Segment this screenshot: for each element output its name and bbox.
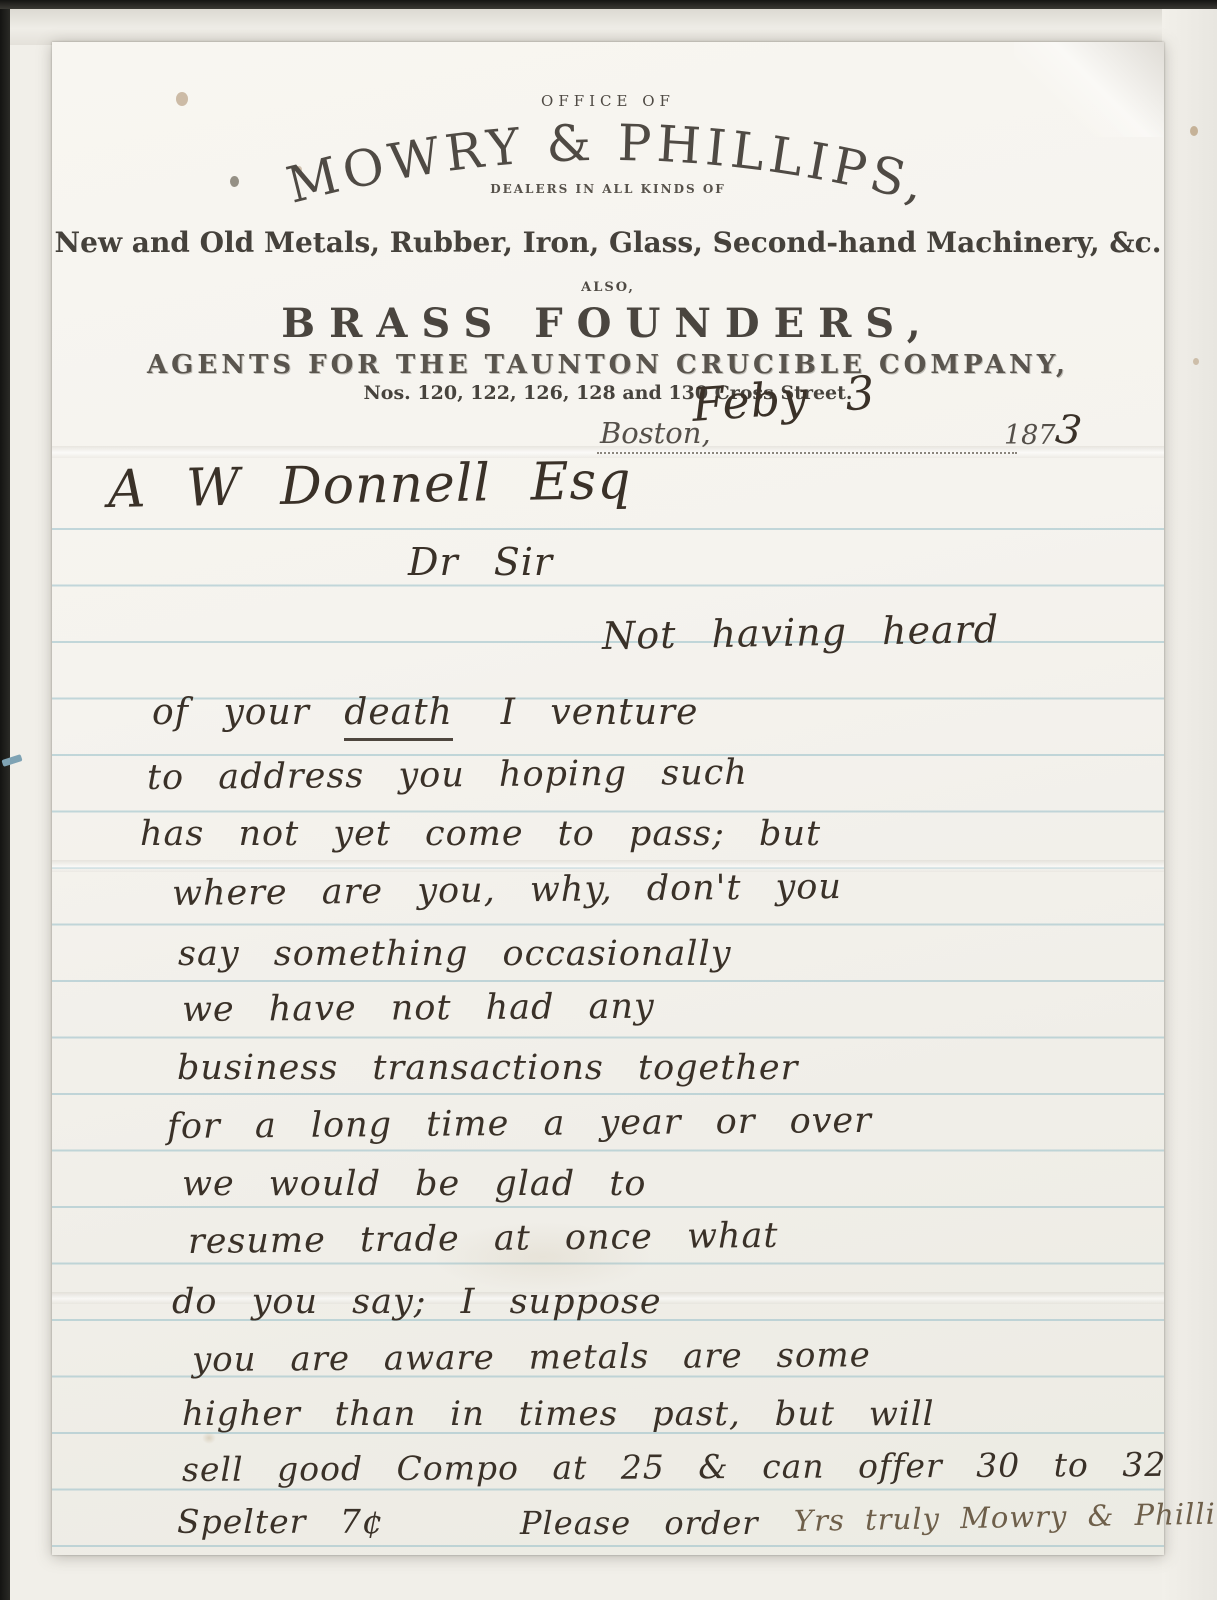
company-name: MOWRY & PHILLIPS, (281, 114, 936, 215)
signature: Yrs truly Mowry & Phillips (794, 1496, 1217, 1538)
scanned-letter: OFFICE OF MOWRY & PHILLIPS, DEALERS IN A… (0, 0, 1217, 1600)
handwriting-line-death: of your deathI venture (152, 692, 698, 733)
handwriting-line: we would be glad to (182, 1164, 646, 1204)
handwriting-line: say something occasionally (178, 934, 731, 974)
brass-founders-label: BRASS FOUNDERS, (52, 300, 1164, 347)
agents-label: AGENTS FOR THE TAUNTON CRUCIBLE COMPANY, (52, 350, 1164, 380)
handwriting-line: where are you, why, don't you (172, 867, 842, 914)
death-line-pre: of your (152, 692, 344, 733)
handwriting-line: to address you hoping such (147, 753, 748, 798)
recipient-line: A W Donnell Esq (107, 451, 632, 520)
dealers-label: DEALERS IN ALL KINDS OF (52, 182, 1164, 196)
death-line-post: I venture (501, 692, 699, 733)
handwriting-line: we have not had any (182, 987, 655, 1030)
closing-please-order: Please order (520, 1504, 759, 1542)
street-address-label: Nos. 120, 122, 126, 128 and 130 Cross St… (52, 382, 1164, 404)
handwriting-line: sell good Compo at 25 & can offer 30 to … (182, 1445, 1166, 1489)
handwriting-line: resume trade at once what (188, 1216, 779, 1262)
date-dotted-line (597, 424, 1017, 454)
death-line-underlined-word: death (344, 692, 452, 741)
goods-line: New and Old Metals, Rubber, Iron, Glass,… (52, 226, 1164, 259)
handwritten-date: Feby 3 (690, 365, 877, 432)
backing-sheet-right (1162, 9, 1217, 1600)
scanner-edge-top (0, 0, 1217, 9)
year-printed: 187 (1004, 420, 1056, 451)
handwriting-line: do you say; I suppose (172, 1282, 662, 1322)
handwriting-line: for a long time a year or over (167, 1101, 872, 1147)
handwriting-line: you are aware metals are some (192, 1335, 871, 1380)
closing-spelter: Spelter 7¢ (177, 1502, 384, 1541)
handwritten-year-digit: 3 (1053, 406, 1085, 455)
also-label: ALSO, (52, 280, 1164, 295)
handwriting-line: higher than in times past, but will (182, 1394, 935, 1434)
opening-line: Not having heard (602, 607, 1000, 658)
svg-text:MOWRY & PHILLIPS,: MOWRY & PHILLIPS, (281, 114, 936, 215)
handwriting-line: has not yet come to pass; but (140, 814, 821, 854)
scanner-edge-left (0, 0, 10, 1600)
letter-paper: OFFICE OF MOWRY & PHILLIPS, DEALERS IN A… (52, 42, 1164, 1555)
backing-stain (1190, 126, 1198, 136)
handwriting-line: business transactions together (177, 1048, 798, 1088)
salutation-line: Dr Sir (408, 540, 553, 584)
backing-sheet-top (10, 9, 1217, 45)
backing-stain (1193, 358, 1199, 365)
